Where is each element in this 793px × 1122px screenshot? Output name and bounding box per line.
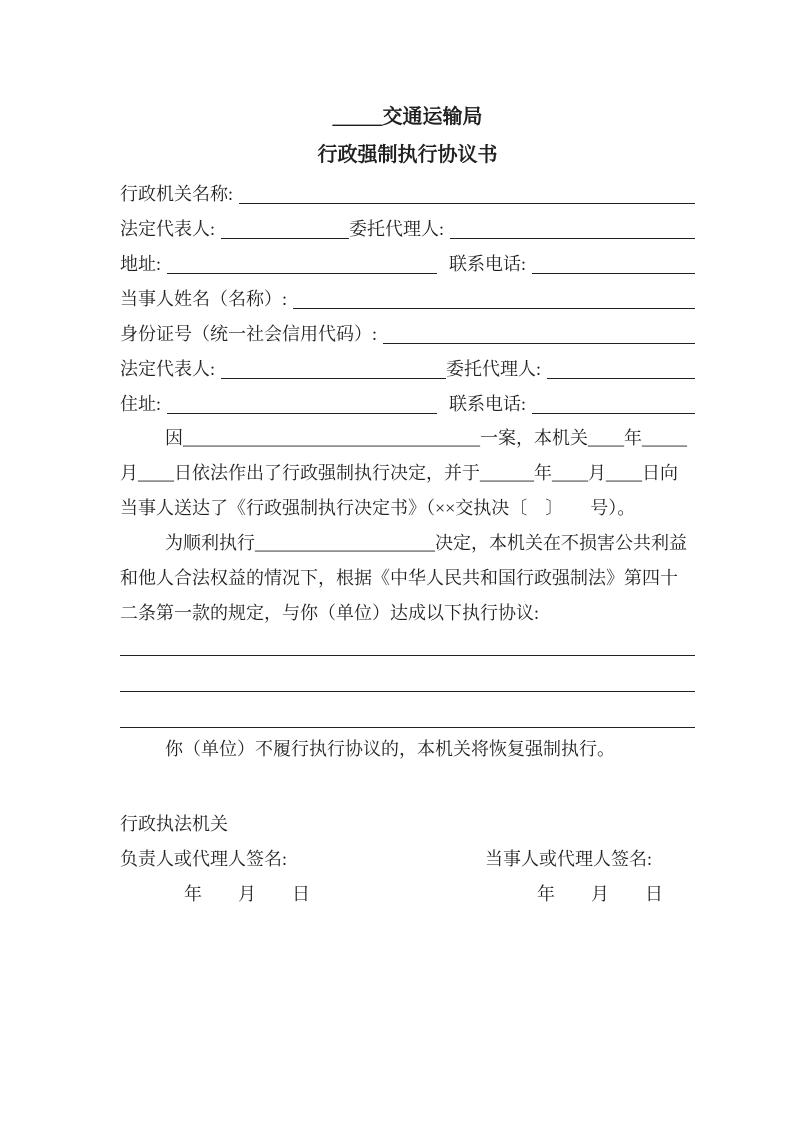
party-name-label: 当事人姓名（名称）: <box>120 283 287 316</box>
address-2-label: 住址: <box>120 388 161 421</box>
case-paragraph-line-2: 月____日依法作出了行政强制执行决定，并于______年____月____日向 <box>120 456 695 491</box>
case-paragraph-line-1: 因_________________________________一案，本机关… <box>120 421 695 456</box>
agreement-blank-line-2 <box>120 656 695 692</box>
address-1-label: 地址: <box>120 248 161 281</box>
party-name-blank <box>293 308 695 309</box>
phone-2-blank <box>532 413 695 414</box>
field-row-address-1: 地址: 联系电话: <box>120 246 695 281</box>
agreement-paragraph-line-1: 为顺利执行____________________决定，本机关在不损害公共利益 <box>120 526 695 561</box>
id-number-blank <box>383 343 695 344</box>
phone-1-label: 联系电话: <box>449 248 526 281</box>
field-row-address-2: 住址: 联系电话: <box>120 386 695 421</box>
agent-1-label: 委托代理人: <box>349 213 444 246</box>
party-signer-label: 当事人或代理人签名: <box>485 842 695 877</box>
field-row-id-number: 身份证号（统一社会信用代码）: <box>120 316 695 351</box>
field-row-agency-name: 行政机关名称: <box>120 176 695 211</box>
address-1-blank <box>167 273 437 274</box>
address-2-blank <box>167 413 437 414</box>
document-title: 行政强制执行协议书 <box>120 140 695 170</box>
agreement-paragraph-line-3: 二条第一款的规定，与你（单位）达成以下执行协议: <box>120 596 695 631</box>
agent-1-blank <box>450 238 695 239</box>
phone-1-blank <box>532 273 695 274</box>
id-number-label: 身份证号（统一社会信用代码）: <box>120 318 377 351</box>
agency-name-label: 行政机关名称: <box>120 178 233 211</box>
enforcement-agency-label: 行政执法机关 <box>120 807 695 842</box>
org-name-blank: _____ <box>333 106 383 128</box>
document-page: _____交通运输局 行政强制执行协议书 行政机关名称: 法定代表人: 委托代理… <box>0 0 793 1122</box>
agreement-blank-line-3 <box>120 692 695 728</box>
legal-rep-1-label: 法定代表人: <box>120 213 215 246</box>
party-date-line: 年 月 日 <box>485 877 695 912</box>
phone-2-label: 联系电话: <box>449 388 526 421</box>
agreement-paragraph-line-2: 和他人合法权益的情况下，根据《中华人民共和国行政强制法》第四十 <box>120 561 695 596</box>
field-row-party-name: 当事人姓名（名称）: <box>120 281 695 316</box>
legal-rep-2-label: 法定代表人: <box>120 353 215 386</box>
org-name-suffix: 交通运输局 <box>383 106 483 128</box>
agency-name-blank <box>239 203 695 204</box>
agency-signature-column: 负责人或代理人签名: 年 月 日 <box>120 842 485 912</box>
remedy-statement: 你（单位）不履行执行协议的，本机关将恢复强制执行。 <box>120 732 695 767</box>
agency-signer-label: 负责人或代理人签名: <box>120 842 485 877</box>
party-signature-column: 当事人或代理人签名: 年 月 日 <box>485 842 695 912</box>
legal-rep-2-blank <box>221 378 446 379</box>
agreement-blank-lines <box>120 635 695 728</box>
signature-columns: 负责人或代理人签名: 年 月 日 当事人或代理人签名: 年 月 日 <box>120 842 695 912</box>
document-org-title: _____交通运输局 <box>120 102 695 132</box>
field-row-legal-rep-1: 法定代表人: 委托代理人: <box>120 211 695 246</box>
signature-section: 行政执法机关 负责人或代理人签名: 年 月 日 当事人或代理人签名: 年 月 日 <box>120 807 695 912</box>
agent-2-blank <box>547 378 695 379</box>
agency-date-line: 年 月 日 <box>120 877 485 912</box>
agent-2-label: 委托代理人: <box>446 353 541 386</box>
legal-rep-1-blank <box>221 238 349 239</box>
field-row-legal-rep-2: 法定代表人: 委托代理人: <box>120 351 695 386</box>
case-paragraph-line-3: 当事人送达了《行政强制执行决定书》（××交执决〔 〕 号）。 <box>120 491 695 526</box>
agreement-blank-line-1 <box>120 635 695 656</box>
